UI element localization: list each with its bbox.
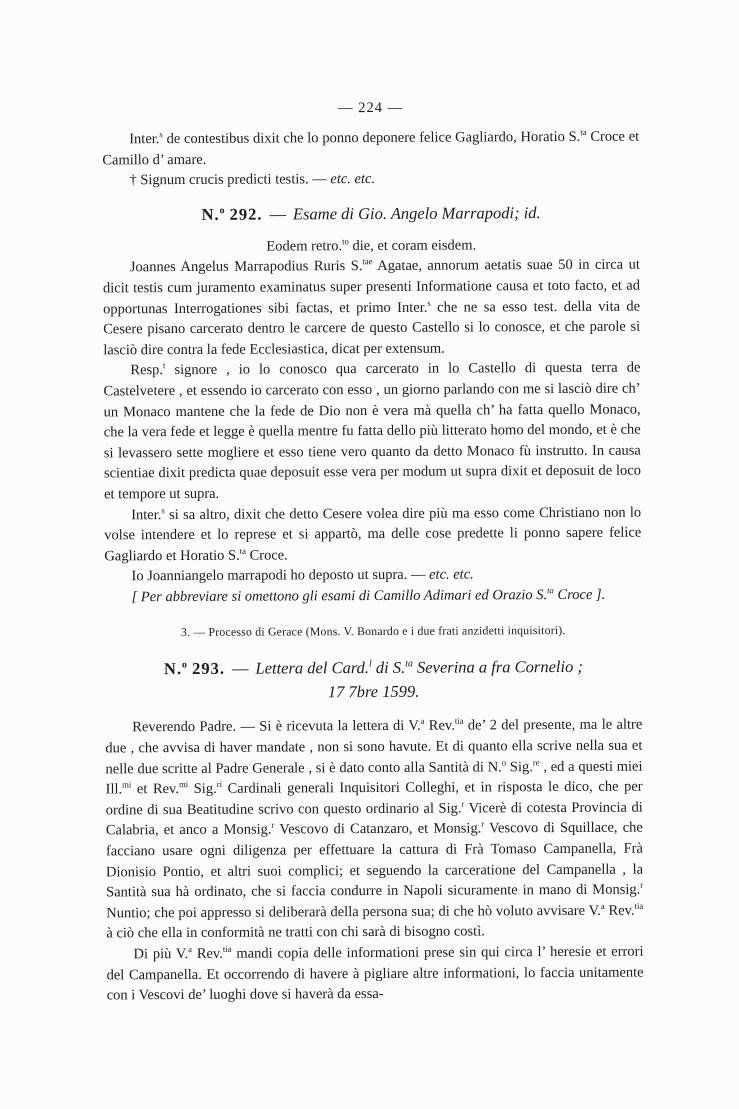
paragraph-deposto: Io Joanniangelo marrapodi ho deposto ut … <box>104 564 641 587</box>
signum-crucis-line: † Signum crucis predicti testis. — etc. … <box>102 168 639 191</box>
paragraph-joannes: Joannes Angelus Marrapodius Ruris S.tae … <box>103 255 641 361</box>
page-number: — 224 — <box>102 99 639 119</box>
signum-crucis-text: † Signum crucis predicti testis. — <box>129 171 330 188</box>
section-293-title: Lettera del Card.l di S.ta Severina a fr… <box>255 657 583 678</box>
paragraph-omission-note: [ Per abbreviare si omettono gli esami d… <box>105 584 642 607</box>
deposition-contestibus-paragraph: Inter.s de contestibus dixit che lo ponn… <box>102 127 639 171</box>
subheading-eodem: Eodem retro.to die, et coram eisdem. <box>103 234 640 257</box>
paragraph-resp: Resp.t signore , io lo conosco qua carce… <box>103 358 641 505</box>
paragraph-inter: Inter.s si sa altro, dixit che detto Ces… <box>104 502 641 567</box>
section-292-title: Esame di Gio. Angelo Marrapodi; id. <box>293 203 541 223</box>
deposto-text: Io Joanniangelo marrapodi ho deposto ut … <box>131 567 429 585</box>
footnote-processo-gerace: 3. — Processo di Gerace (Mons. V. Bonard… <box>105 623 642 640</box>
scanned-book-page: — 224 — Inter.s de contestibus dixit che… <box>0 0 739 1109</box>
section-heading-293: N.o 293.—Lettera del Card.l di S.ta Seve… <box>105 656 642 705</box>
heading-dash: — <box>269 204 286 223</box>
etc-abbreviation: etc. etc. <box>429 567 474 583</box>
letter-paragraph-1: Reverendo Padre. — Si è ricevuta la lett… <box>105 715 643 944</box>
heading-dash: — <box>232 659 249 678</box>
letter-paragraph-2: Di più V.a Rev.tia mandi copia delle inf… <box>106 942 643 1007</box>
page-content: — 224 — Inter.s de contestibus dixit che… <box>102 99 644 1007</box>
section-heading-292: N.o 292.—Esame di Gio. Angelo Marrapodi;… <box>103 201 640 226</box>
section-293-number: N.o 293. <box>164 659 225 678</box>
section-293-date: 17 7bre 1599. <box>105 680 642 705</box>
etc-abbreviation: etc. etc. <box>330 171 375 187</box>
section-292-number: N.o 292. <box>201 204 262 223</box>
